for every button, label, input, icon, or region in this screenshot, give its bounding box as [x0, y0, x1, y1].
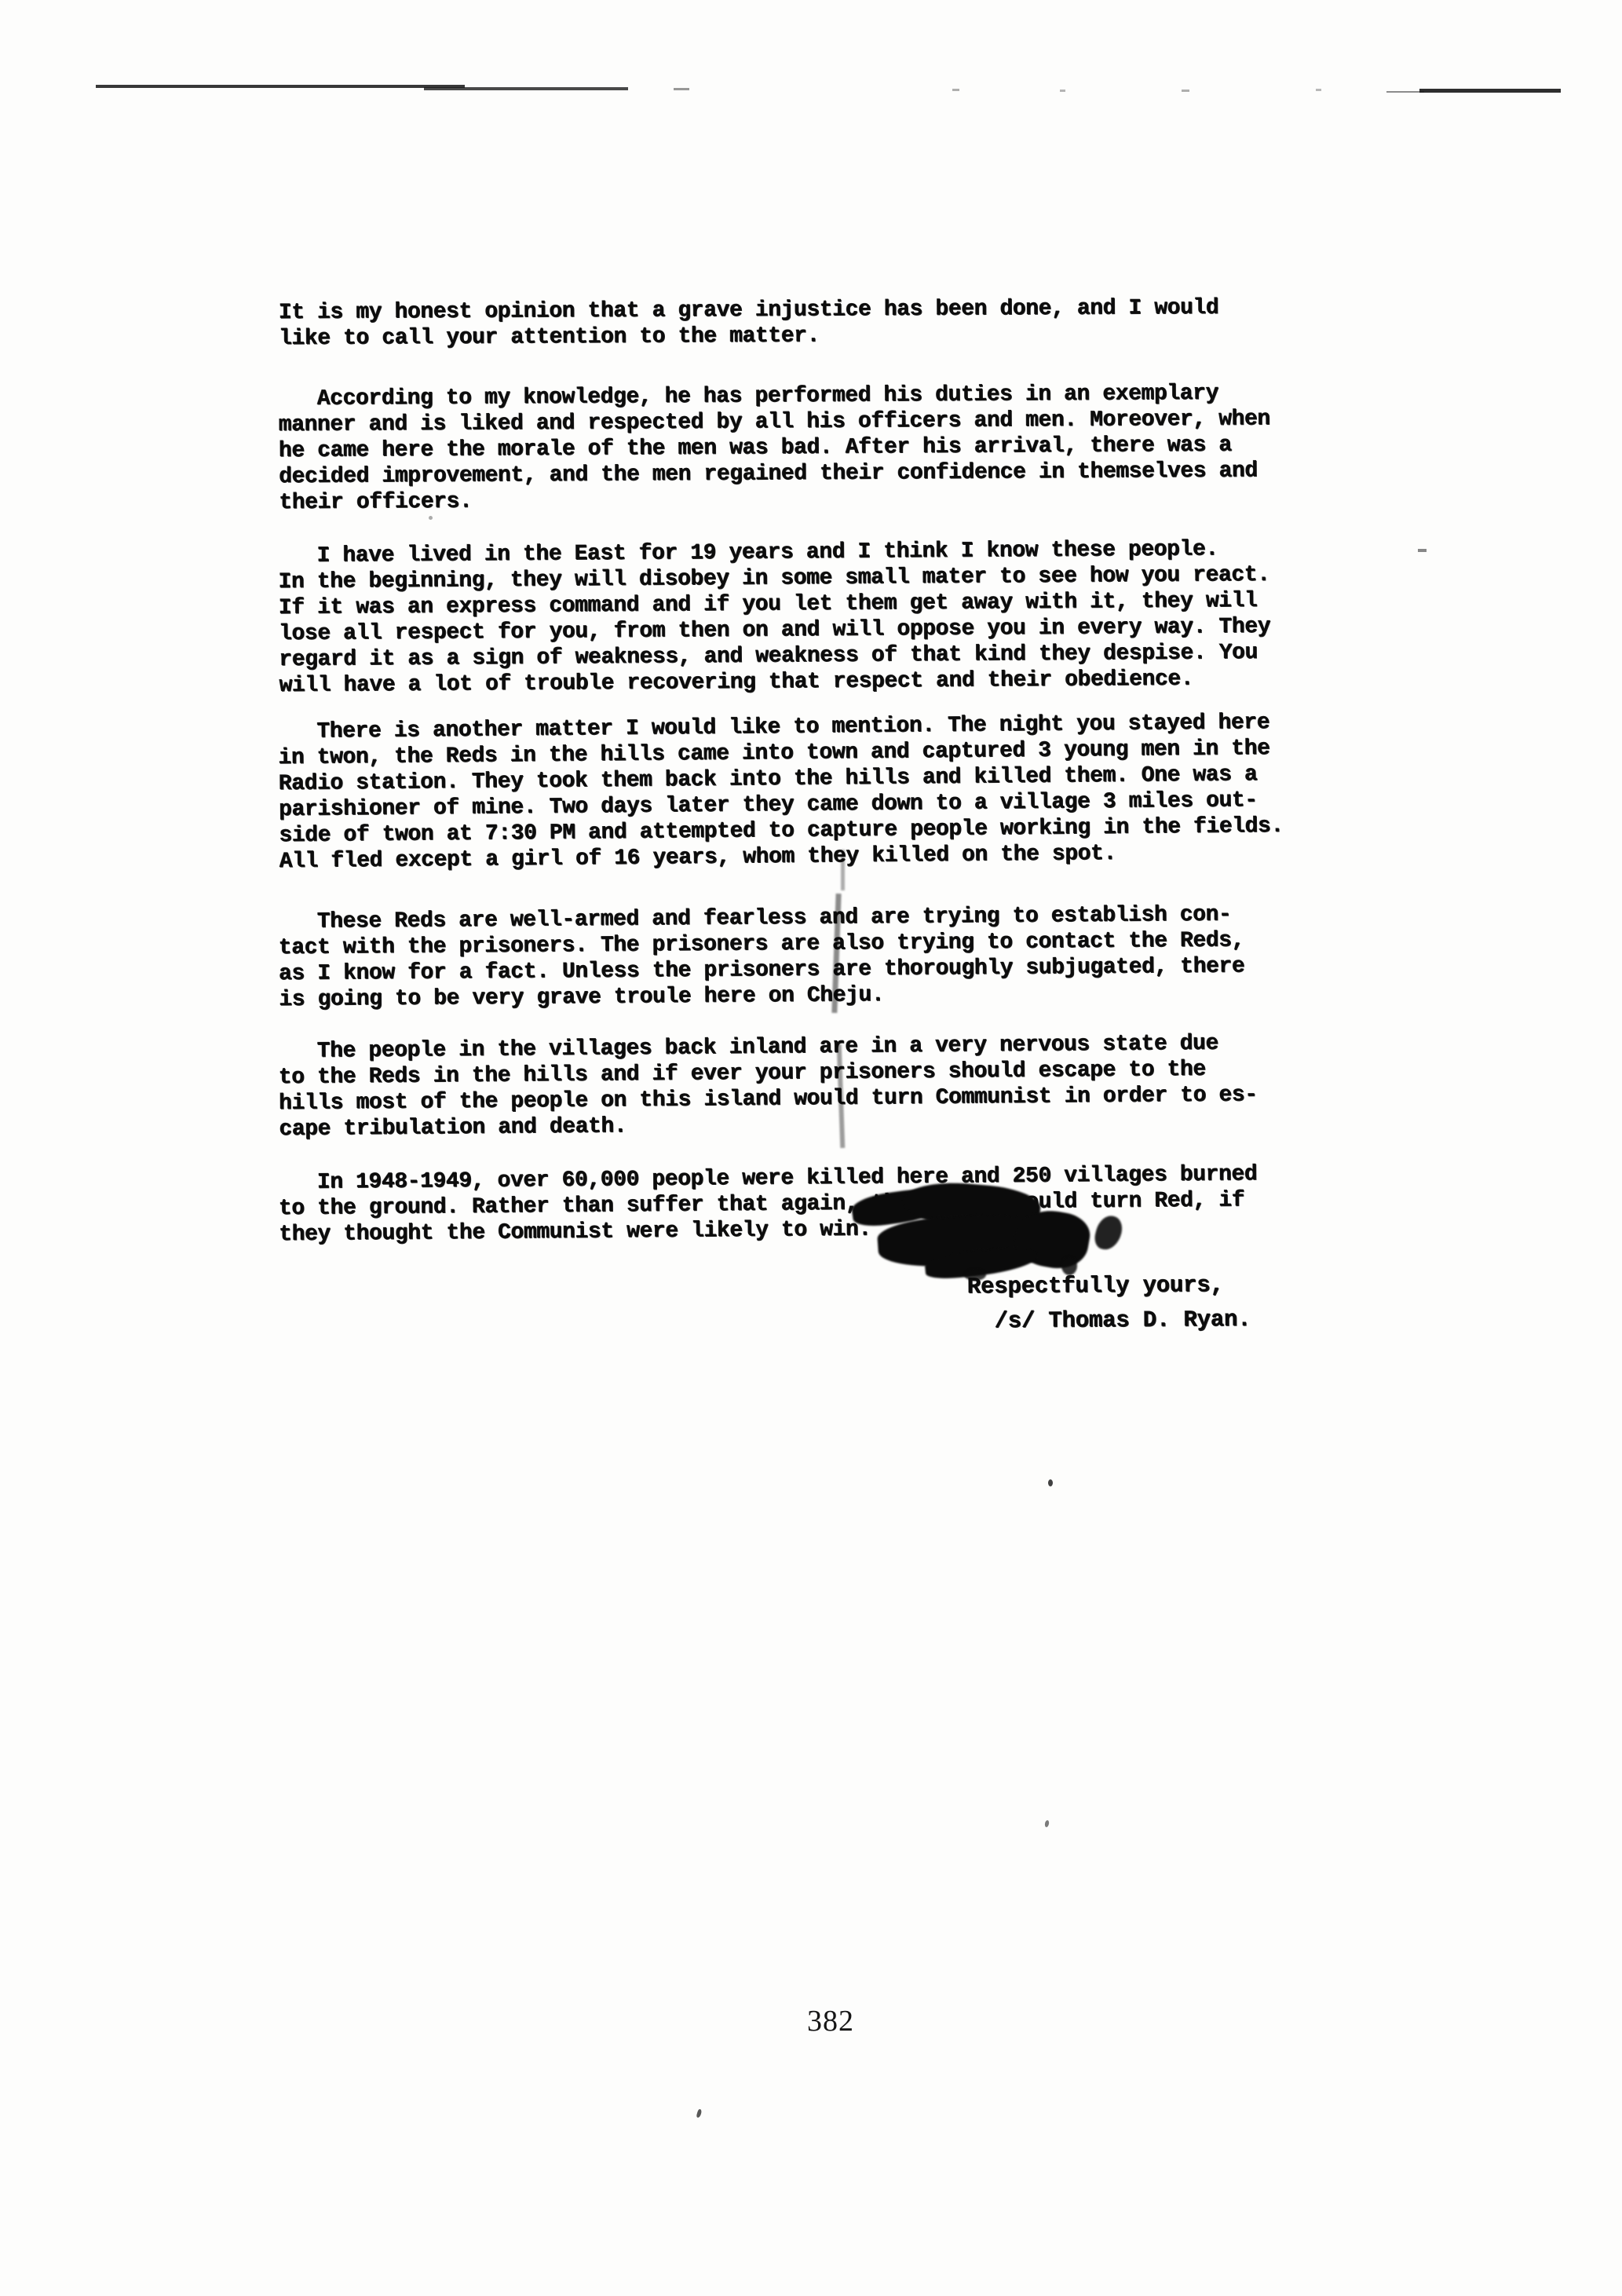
scan-speck	[696, 2109, 703, 2119]
letter-paragraph-2: According to my knowledge, he has perfor…	[278, 380, 1354, 516]
top-rule-segment	[96, 85, 465, 88]
letter-paragraph-4: There is another matter I would like to …	[278, 709, 1355, 875]
ink-blot-drip	[1061, 1256, 1077, 1275]
letter-paragraph-1: It is my honest opinion that a grave inj…	[279, 294, 1354, 352]
scan-speck	[1044, 1820, 1050, 1828]
letter-paragraph-3: I have lived in the East for 19 years an…	[278, 536, 1354, 699]
scan-speck	[1418, 549, 1427, 552]
top-rule-fragment	[1386, 91, 1424, 93]
ink-blot-drip	[964, 1269, 986, 1281]
top-rule-fragment	[1060, 90, 1065, 92]
letter-paragraph-7: In 1948-1949, over 60,000 people were ki…	[279, 1161, 1355, 1248]
top-rule-fragment	[1182, 90, 1189, 92]
signature-block: Respectfully yours, /s/ Thomas D. Ryan.	[967, 1268, 1251, 1340]
top-rule-segment	[424, 87, 628, 90]
letter-paragraph-5: These Reds are well-armed and fearless a…	[278, 901, 1354, 1013]
top-rule-fragment	[674, 88, 689, 90]
scan-speck	[429, 516, 433, 520]
page-number: 382	[807, 2004, 854, 2038]
top-rule-fragment	[1316, 89, 1321, 91]
top-rule-segment	[1419, 89, 1561, 93]
scanned-letter-page: It is my honest opinion that a grave inj…	[0, 0, 1622, 2296]
letter-paragraph-6: The people in the villages back inland a…	[278, 1029, 1354, 1143]
scan-speck	[1048, 1479, 1053, 1486]
ink-streak	[841, 850, 845, 890]
top-rule-fragment	[952, 89, 959, 91]
